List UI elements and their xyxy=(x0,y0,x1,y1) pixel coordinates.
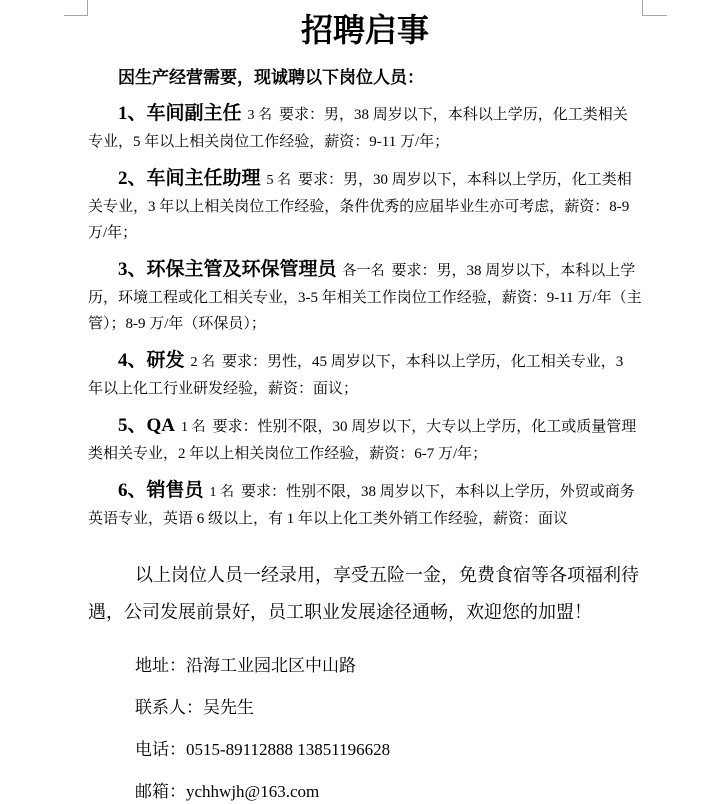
contact-person: 联系人：吴先生 xyxy=(88,696,642,719)
job-title: 车间主任助理 xyxy=(147,168,261,189)
job-item-3: 3、环保主管及环保管理员各一名要求：男，38 周岁以下，本科以上学历，环境工程或… xyxy=(88,257,642,337)
job-number: 4、 xyxy=(118,350,147,371)
contact-phone-value: 0515-89112888 13851196628 xyxy=(186,740,390,759)
job-item-1: 1、车间副主任3 名要求：男，38 周岁以下，本科以上学历，化工类相关专业，5 … xyxy=(88,101,642,155)
job-item-6: 6、销售员1 名要求：性别不限，38 周岁以下，本科以上学历，外贸或商务英语专业… xyxy=(88,478,642,532)
contact-email-label: 邮箱： xyxy=(135,782,186,801)
contact-email: 邮箱：ychhwjh@163.com xyxy=(88,780,642,803)
job-headcount: 3 名 xyxy=(242,108,280,123)
job-number: 2、 xyxy=(118,168,147,189)
job-headcount: 2 名 xyxy=(185,355,223,370)
job-headcount: 1 名 xyxy=(175,420,213,435)
page-margin-mark-top-right-vertical xyxy=(642,0,643,15)
document-body: 招聘启事 因生产经营需要，现诚聘以下岗位人员： 1、车间副主任3 名要求：男，3… xyxy=(88,0,642,803)
job-item-4: 4、研发2 名要求：男性，45 周岁以下，本科以上学历，化工相关专业，3 年以上… xyxy=(88,348,642,402)
contact-email-value: ychhwjh@163.com xyxy=(186,782,319,801)
job-headcount: 各一名 xyxy=(337,264,392,279)
job-headcount: 5 名 xyxy=(261,173,299,188)
page-margin-mark-top-right-horizontal xyxy=(642,15,667,16)
job-title: QA xyxy=(147,415,176,436)
document-page: 招聘启事 因生产经营需要，现诚聘以下岗位人员： 1、车间副主任3 名要求：男，3… xyxy=(0,0,710,804)
contact-person-value: 吴先生 xyxy=(203,698,254,717)
contact-address-value: 沿海工业园北区中山路 xyxy=(186,656,356,675)
contact-address: 地址：沿海工业园北区中山路 xyxy=(88,654,642,677)
job-headcount: 1 名 xyxy=(204,485,242,500)
contact-address-label: 地址： xyxy=(135,656,186,675)
job-number: 6、 xyxy=(118,480,147,501)
job-title: 环保主管及环保管理员 xyxy=(147,259,337,280)
page-margin-mark-top-left-horizontal xyxy=(64,15,88,16)
job-title: 研发 xyxy=(147,350,185,371)
closing-paragraph: 以上岗位人员一经录用，享受五险一金，免费食宿等各项福利待遇，公司发展前景好，员工… xyxy=(88,557,642,631)
intro-paragraph: 因生产经营需要，现诚聘以下岗位人员： xyxy=(88,66,642,90)
job-number: 1、 xyxy=(118,103,147,124)
job-title: 车间副主任 xyxy=(147,103,242,124)
job-item-5: 5、QA1 名要求：性别不限，30 周岁以下，大专以上学历，化工或质量管理类相关… xyxy=(88,413,642,467)
job-title: 销售员 xyxy=(147,480,204,501)
contact-phone-label: 电话： xyxy=(135,740,186,759)
job-item-2: 2、车间主任助理5 名要求：男，30 周岁以下，本科以上学历，化工类相关专业，3… xyxy=(88,166,642,246)
contact-person-label: 联系人： xyxy=(135,698,203,717)
job-number: 3、 xyxy=(118,259,147,280)
job-number: 5、 xyxy=(118,415,147,436)
page-title: 招聘启事 xyxy=(88,8,642,52)
contact-phone: 电话：0515-89112888 13851196628 xyxy=(88,738,642,761)
